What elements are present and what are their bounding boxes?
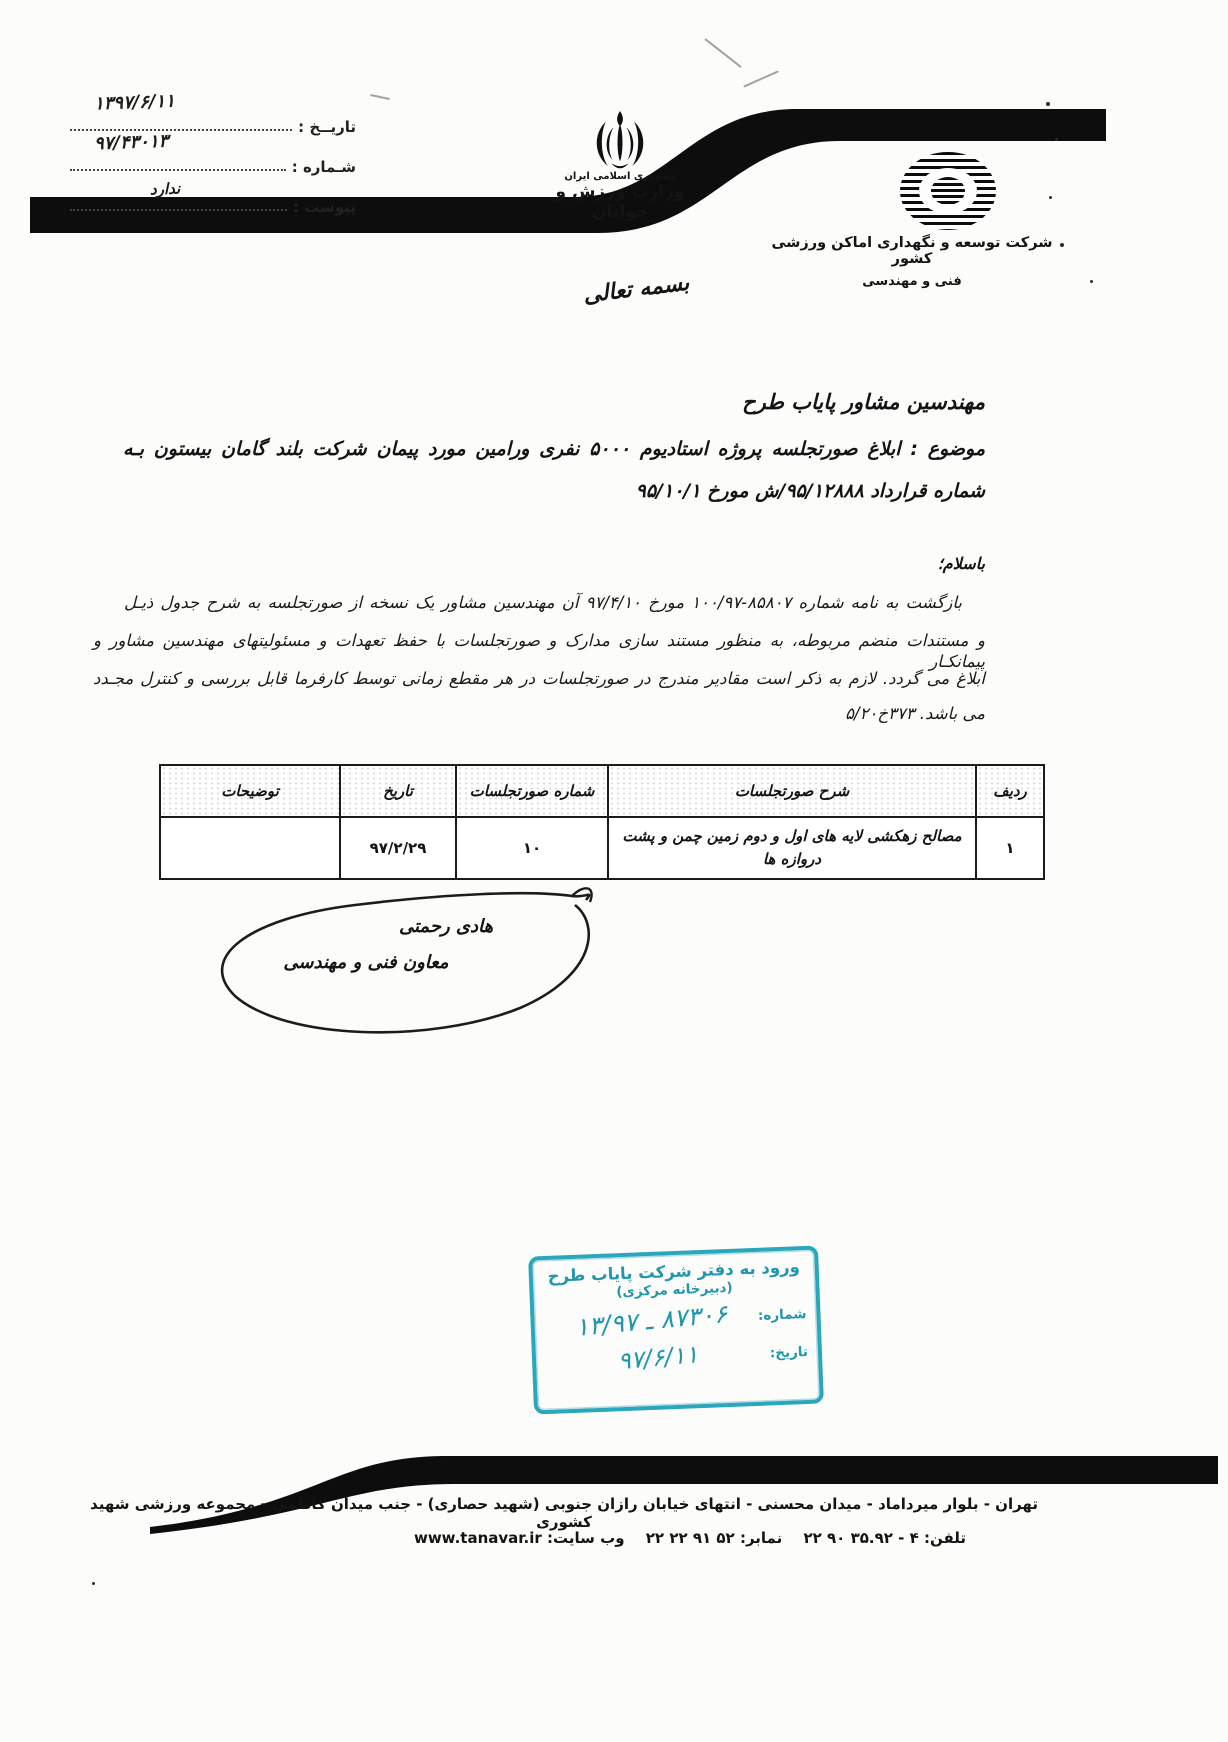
cell-notes (160, 817, 340, 879)
col-header-date: تاریخ (340, 765, 456, 817)
subject-line-2: شماره قرارداد ۹۵/۱۲۸۸۸/ش مورخ ۹۵/۱۰/۱ (636, 480, 985, 502)
cell-date: ۹۷/۲/۲۹ (340, 817, 456, 879)
salutation: باسلام؛ (938, 554, 985, 573)
col-header-number: شماره صورتجلسات (456, 765, 608, 817)
date-label: تاریــخ : (298, 118, 356, 136)
meta-attachment-row: پیوست : ندارد (60, 176, 356, 216)
scan-speck (1090, 280, 1093, 283)
dotted-leader (70, 209, 287, 211)
scanned-letter-page: تاریــخ : ۱۳۹۷/۶/۱۱ شـماره : ۹۷/۴۳۰۱۳ پی… (0, 0, 1228, 1742)
signature-title: معاون فنی و مهندسی (256, 952, 476, 973)
body-line-2: و مستندات منضم مربوطه، به منظور مستند سا… (93, 630, 985, 673)
cell-row-no: ۱ (976, 817, 1044, 879)
dotted-leader (70, 129, 292, 131)
signature-name: هادی رحمتی (378, 916, 514, 937)
col-header-description: شرح صورتجلسات (608, 765, 976, 817)
pencil-scribble (370, 94, 390, 100)
website-value: www.tanavar.ir (414, 1529, 542, 1547)
org-striped-oval-logo-icon (900, 152, 996, 230)
meta-number-row: شـماره : ۹۷/۴۳۰۱۳ (60, 136, 356, 176)
dotted-leader (70, 169, 286, 171)
scan-speck (1049, 196, 1052, 199)
fax-group: نمابر: ۵۲ ۹۱ ۲۲ ۲۲ (641, 1529, 783, 1547)
stamp-date-row: تاریخ: ۹۷/۶/۱۱ (545, 1335, 808, 1379)
scan-speck (92, 1582, 95, 1585)
ministry-name: وزارت ورزش و جوانان (540, 182, 700, 222)
org-subtitle: فنی و مهندسی (760, 274, 1064, 289)
cell-description: مصالح زهکشی لایه های اول و دوم زمین چمن … (608, 817, 976, 879)
body-line-4: می باشد. ۳۷۳خ۵/۲۰ (845, 703, 985, 724)
phone-label: تلفن: (924, 1529, 966, 1547)
besmele-calligraphy: بسمه تعالی (582, 270, 691, 309)
office-entry-stamp: ورود به دفتر شرکت پایاب طرح (دبیرخانه مر… (528, 1245, 824, 1414)
phone-value: ۴ - ۳۵.۹۲ ۹۰ ۲۲ (803, 1529, 918, 1547)
scan-speck (1055, 138, 1058, 141)
attachment-label: پیوست : (293, 198, 356, 216)
pencil-scribble (704, 38, 741, 68)
cell-number: ۱۰ (456, 817, 608, 879)
footer-address: تهران - بلوار میرداماد - میدان محسنی - ا… (68, 1495, 1060, 1531)
body-line-1: بازگشت به نامه شماره ۸۵۸۰۷-۱۰۰/۹۷ مورخ ۹… (124, 592, 962, 613)
col-header-row-no: ردیف (976, 765, 1044, 817)
subject-line-1: موضوع : ابلاغ صورتجلسه پروژه استادیوم ۵۰… (123, 437, 985, 463)
ministry-header: جمهوری اسلامی ایران وزارت ورزش و جوانان (540, 110, 700, 222)
fax-value: ۵۲ ۹۱ ۲۲ ۲۲ (646, 1529, 735, 1547)
number-label: شـماره : (292, 158, 356, 176)
table-row: ۱ مصالح زهکشی لایه های اول و دوم زمین چم… (160, 817, 1044, 879)
scan-speck (1060, 243, 1064, 247)
pencil-scribble (743, 70, 779, 87)
attachment-value-handwritten: ندارد (150, 179, 181, 198)
fax-label: نمابر: (740, 1529, 782, 1547)
letter-meta-block: تاریــخ : ۱۳۹۷/۶/۱۱ شـماره : ۹۷/۴۳۰۱۳ پی… (60, 96, 356, 216)
table-header-row: ردیف شرح صورتجلسات شماره صورتجلسات تاریخ… (160, 765, 1044, 817)
website-label: وب سایت: (547, 1529, 625, 1547)
meta-date-row: تاریــخ : ۱۳۹۷/۶/۱۱ (60, 96, 356, 136)
date-value-handwritten: ۱۳۹۷/۶/۱۱ (94, 91, 176, 115)
iran-emblem-icon (588, 110, 652, 170)
stamp-number-label: شماره: (758, 1306, 807, 1324)
footer-contact-line: تلفن: ۴ - ۳۵.۹۲ ۹۰ ۲۲ نمابر: ۵۲ ۹۱ ۲۲ ۲۲… (375, 1529, 1005, 1547)
number-value-handwritten: ۹۷/۴۳۰۱۳ (94, 131, 169, 155)
scan-speck (1046, 102, 1050, 106)
org-header: شرکت توسعه و نگهداری اماکن ورزشی کشور فن… (760, 235, 1064, 289)
minutes-table: ردیف شرح صورتجلسات شماره صورتجلسات تاریخ… (159, 764, 1045, 880)
stamp-date-label: تاریخ: (770, 1344, 809, 1361)
body-line-3: ابلاغ می گردد. لازم به ذکر است مقادیر من… (93, 668, 985, 689)
gov-country-label: جمهوری اسلامی ایران (540, 171, 700, 182)
website-group: وب سایت: www.tanavar.ir (414, 1529, 625, 1547)
org-name: شرکت توسعه و نگهداری اماکن ورزشی کشور (760, 235, 1064, 267)
phone-group: تلفن: ۴ - ۳۵.۹۲ ۹۰ ۲۲ (798, 1529, 966, 1547)
col-header-notes: توضیحات (160, 765, 340, 817)
recipient-title: مهندسین مشاور پایاب طرح (742, 390, 985, 414)
